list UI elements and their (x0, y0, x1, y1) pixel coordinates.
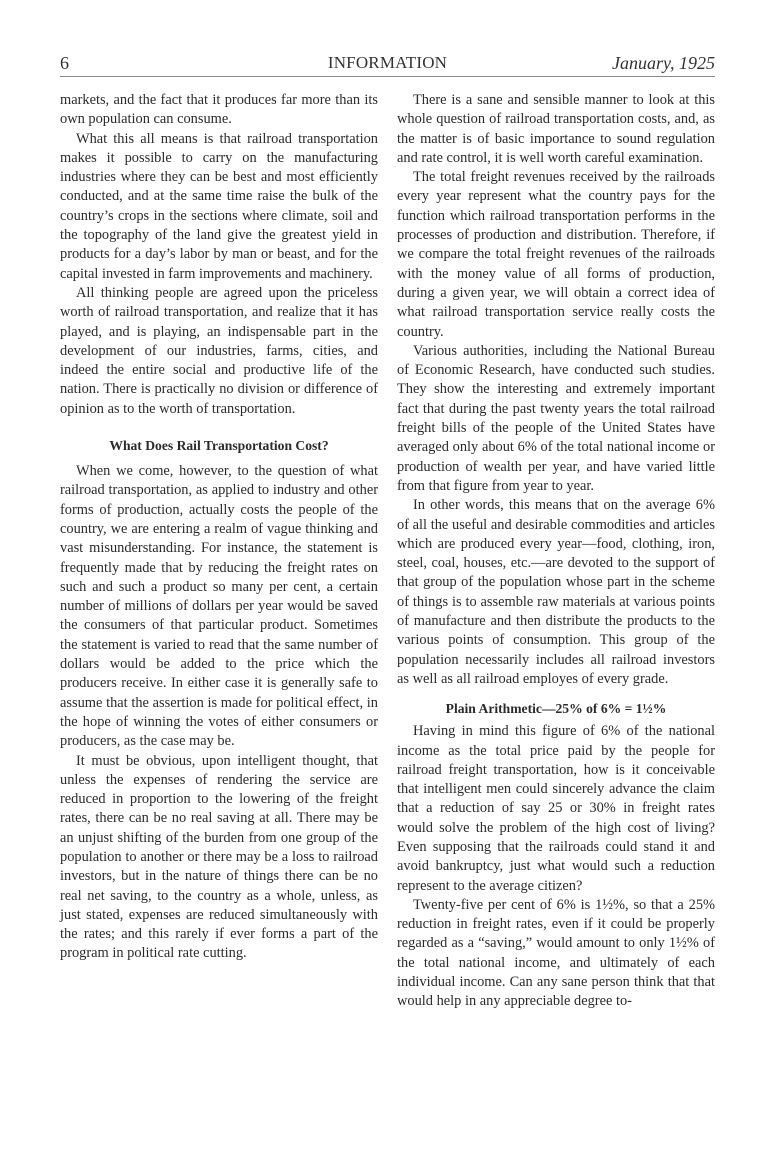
paragraph: Having in mind this figure of 6% of the … (397, 722, 715, 896)
paragraph: Various authorities, including the Natio… (397, 342, 715, 496)
section-heading: What Does Rail Transportation Cost? (60, 437, 378, 455)
paragraph: What this all means is that railroad tra… (60, 130, 378, 284)
right-column: There is a sane and sensible manner to l… (397, 91, 715, 1012)
paragraph: There is a sane and sensible manner to l… (397, 91, 715, 168)
left-column: markets, and the fact that it produces f… (60, 91, 378, 964)
paragraph: The total freight revenues received by t… (397, 168, 715, 342)
paragraph: In other words, this means that on the a… (397, 496, 715, 689)
page-header: 6 INFORMATION January, 1925 (60, 52, 715, 77)
section-heading: Plain Arithmetic—25% of 6% = 1½% (397, 700, 715, 718)
paragraph: markets, and the fact that it produces f… (60, 91, 378, 130)
paragraph: All thinking people are agreed upon the … (60, 284, 378, 419)
issue-date: January, 1925 (612, 53, 715, 74)
paragraph: Twenty-five per cent of 6% is 1½%, so th… (397, 896, 715, 1012)
paragraph: It must be obvious, upon intelligent tho… (60, 752, 378, 964)
paragraph: When we come, however, to the question o… (60, 462, 378, 751)
